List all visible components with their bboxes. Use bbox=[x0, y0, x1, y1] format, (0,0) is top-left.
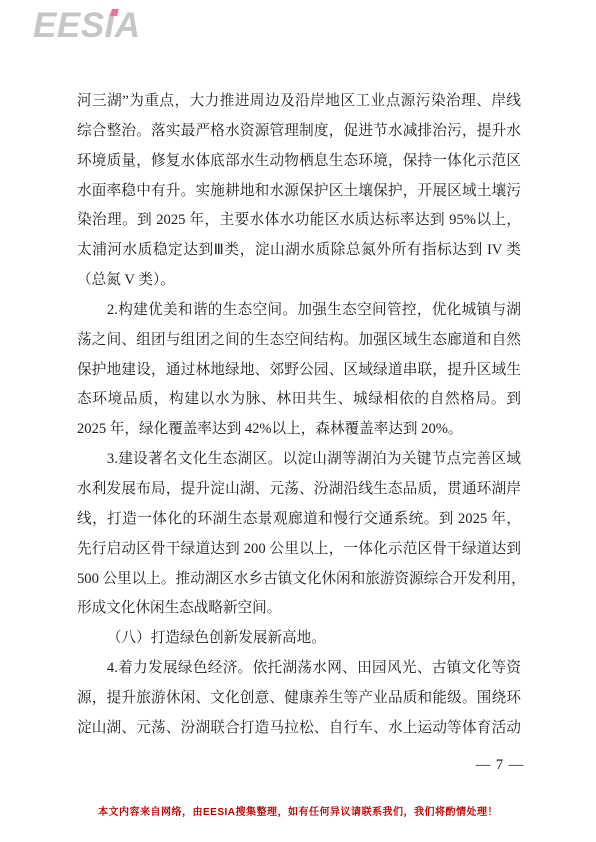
text-line: （八）打造绿色创新发展新高地。 bbox=[77, 624, 521, 654]
page-number: — 7 — bbox=[450, 757, 550, 774]
text-line: （总氮 V 类）。 bbox=[77, 266, 521, 296]
text-line: 环境质量，修复水体底部水生动物栖息生态环境，保持一体化示范区 bbox=[77, 147, 521, 177]
text-line: 染治理。到 2025 年，主要水体水功能区水质达标率达到 95%以上， bbox=[77, 206, 521, 236]
eesia-logo: EESIA bbox=[33, 6, 141, 46]
text-line: 河三湖”为重点，大力推进周边及沿岸地区工业点源污染治理、岸线 bbox=[77, 87, 521, 117]
text-line: 保护地建设，通过林地绿地、郊野公园、区域绿道串联，提升区域生 bbox=[77, 356, 521, 386]
text-line: 形成文化休闲生态战略新空间。 bbox=[77, 594, 521, 624]
text-line: 4.着力发展绿色经济。依托湖荡水网、田园风光、古镇文化等资 bbox=[77, 654, 521, 684]
logo-text: EESIA bbox=[33, 6, 141, 45]
text-line: 太浦河水质稳定达到Ⅲ类，淀山湖水质除总氮外所有指标达到 IV 类 bbox=[77, 236, 521, 266]
document-body: 河三湖”为重点，大力推进周边及沿岸地区工业点源污染治理、岸线 综合整治。落实最严… bbox=[77, 87, 521, 744]
text-line: 先行启动区骨干绿道达到 200 公里以上，一体化示范区骨干绿道达到 bbox=[77, 535, 521, 565]
text-line: 态环境品质，构建以水为脉、林田共生、城绿相依的自然格局。到 bbox=[77, 385, 521, 415]
text-line: 荡之间、组团与组团之间的生态空间结构。加强区域生态廊道和自然 bbox=[77, 326, 521, 356]
text-line: 3.建设著名文化生态湖区。以淀山湖等湖泊为关键节点完善区域 bbox=[77, 445, 521, 475]
document-page: EESIA 河三湖”为重点，大力推进周边及沿岸地区工业点源污染治理、岸线 综合整… bbox=[0, 0, 596, 842]
text-line: 水利发展布局，提升淀山湖、元荡、汾湖沿线生态品质，贯通环湖岸 bbox=[77, 475, 521, 505]
text-line: 500 公里以上。推动湖区水乡古镇文化休闲和旅游资源综合开发利用， bbox=[77, 565, 521, 595]
text-line: 水面率稳中有升。实施耕地和水源保护区土壤保护，开展区域土壤污 bbox=[77, 177, 521, 207]
text-line: 线，打造一体化的环湖生态景观廊道和慢行交通系统。到 2025 年， bbox=[77, 505, 521, 535]
text-line: 2025 年，绿化覆盖率达到 42%以上，森林覆盖率达到 20%。 bbox=[77, 415, 521, 445]
text-line: 2.构建优美和谐的生态空间。加强生态空间管控，优化城镇与湖 bbox=[77, 296, 521, 326]
text-line: 综合整治。落实最严格水资源管理制度，促进节水减排治污，提升水 bbox=[77, 117, 521, 147]
footer-disclaimer: 本文内容来自网络，由EESIA搜集整理，如有任何异议请联系我们，我们将酌情处理！ bbox=[0, 803, 596, 818]
text-line: 淀山湖、元荡、汾湖联合打造马拉松、自行车、水上运动等体育活动 bbox=[77, 714, 521, 744]
text-line: 源，提升旅游休闲、文化创意、健康养生等产业品质和能级。围绕环 bbox=[77, 684, 521, 714]
